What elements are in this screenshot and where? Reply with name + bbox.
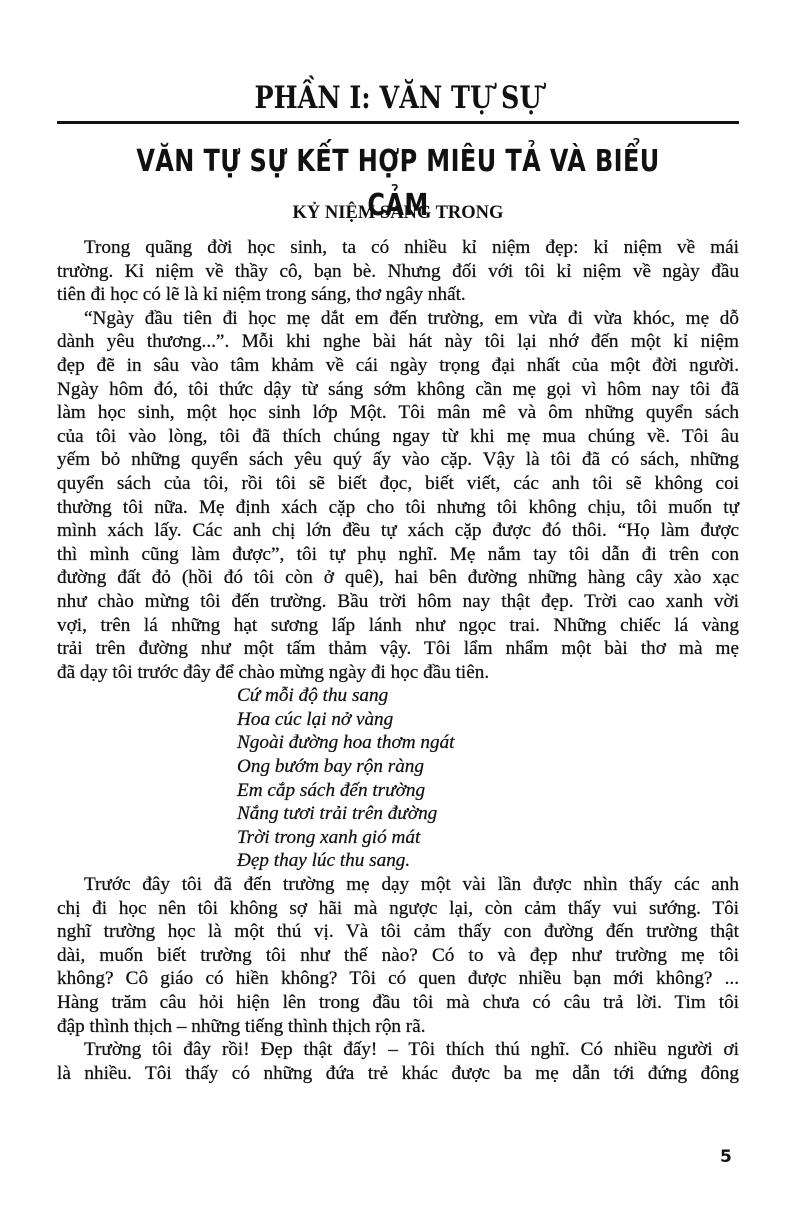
text-line: Trong quãng đời học sinh, ta có nhiều kỉ… bbox=[57, 236, 739, 260]
text-line: Trường tôi đây rồi! Đẹp thật đấy! – Tôi … bbox=[57, 1038, 739, 1062]
poem-line: Ong bướm bay rộn ràng bbox=[237, 755, 739, 779]
text-line: dài, muốn biết trường tôi như thế nào? C… bbox=[57, 944, 739, 968]
poem-line: Nắng tươi trải trên đường bbox=[237, 802, 739, 826]
text-line: trải trên đường như một tấm thảm vậy. Tô… bbox=[57, 637, 739, 661]
text-line: của tôi vào lòng, tôi đã thích chúng nga… bbox=[57, 425, 739, 449]
text-line: trường. Kỉ niệm về thầy cô, bạn bè. Nhưn… bbox=[57, 260, 739, 284]
text-line: vợi, trên lá những hạt sương lấp lánh nh… bbox=[57, 614, 739, 638]
text-line: Ngày hôm đó, tôi thức dậy từ sáng sớm kh… bbox=[57, 378, 739, 402]
text-line: không? Cô giáo có hiền không? Tôi có que… bbox=[57, 967, 739, 991]
title-rule-divider bbox=[57, 121, 739, 124]
text-line: “Ngày đầu tiên đi học mẹ dắt em đến trườ… bbox=[57, 307, 739, 331]
text-line: dành yêu thương...”. Mỗi khi nghe bài há… bbox=[57, 330, 739, 354]
book-page: PHẦN I: VĂN TỰ SỰ VĂN TỰ SỰ KẾT HỢP MIÊU… bbox=[0, 0, 800, 1214]
poem-line: Đẹp thay lúc thu sang. bbox=[237, 849, 739, 873]
paragraph-4: Trường tôi đây rồi! Đẹp thật đấy! – Tôi … bbox=[57, 1038, 739, 1085]
paragraph-1: Trong quãng đời học sinh, ta có nhiều kỉ… bbox=[57, 236, 739, 307]
page-number: 5 bbox=[720, 1147, 732, 1167]
poem-line: Ngoài đường hoa thơm ngát bbox=[237, 731, 739, 755]
text-line: thì mình cũng làm được”, tôi tự phụ nghĩ… bbox=[57, 543, 739, 567]
part-title: PHẦN I: VĂN TỰ SỰ bbox=[118, 78, 677, 118]
poem-line: Trời trong xanh gió mát bbox=[237, 826, 739, 850]
text-line: quyển sách của tôi, rồi tôi sẽ biết đọc,… bbox=[57, 472, 739, 496]
text-line: tiên đi học có lẽ là kỉ niệm trong sáng,… bbox=[57, 283, 739, 307]
story-title: KỶ NIỆM SÁNG TRONG bbox=[57, 200, 739, 226]
poem-line: Cứ mỗi độ thu sang bbox=[237, 684, 739, 708]
text-line: chị đi học nên tôi không sợ hãi mà ngược… bbox=[57, 897, 739, 921]
text-line: là nhiều. Tôi thấy có những đứa trẻ khác… bbox=[57, 1062, 739, 1086]
text-line: mình xách lấy. Các anh chị lớn đều tự xá… bbox=[57, 519, 739, 543]
text-line: như chào mừng tôi đến trường. Bầu trời h… bbox=[57, 590, 739, 614]
poem-line: Hoa cúc lại nở vàng bbox=[237, 708, 739, 732]
text-line: nghĩ trường học là một thú vị. Và tôi cả… bbox=[57, 920, 739, 944]
poem-line: Em cắp sách đến trường bbox=[237, 779, 739, 803]
text-line: Hàng trăm câu hỏi hiện lên trong đầu tôi… bbox=[57, 991, 739, 1015]
text-line: thường tôi nữa. Mẹ định xách cặp cho tôi… bbox=[57, 496, 739, 520]
text-line: đường đất đỏ (hồi đó tôi còn ở quê), hai… bbox=[57, 566, 739, 590]
body-text: Trong quãng đời học sinh, ta có nhiều kỉ… bbox=[57, 236, 739, 1085]
text-line: đã dạy tôi trước đây để chào mừng ngày đ… bbox=[57, 661, 739, 685]
text-line: Trước đây tôi đã đến trường mẹ dạy một v… bbox=[57, 873, 739, 897]
paragraph-3: Trước đây tôi đã đến trường mẹ dạy một v… bbox=[57, 873, 739, 1038]
text-line: làm học sinh, một học sinh lớp Một. Tôi … bbox=[57, 401, 739, 425]
text-line: đẹp đẽ in sâu vào tâm khảm về cái ngày t… bbox=[57, 354, 739, 378]
text-line: đập thình thịch – những tiếng thình thịc… bbox=[57, 1015, 739, 1039]
paragraph-2: “Ngày đầu tiên đi học mẹ dắt em đến trườ… bbox=[57, 307, 739, 685]
text-line: yếm bỏ những quyển sách yêu quý ấy vào c… bbox=[57, 448, 739, 472]
poem: Cứ mỗi độ thu sang Hoa cúc lại nở vàng N… bbox=[57, 684, 739, 873]
